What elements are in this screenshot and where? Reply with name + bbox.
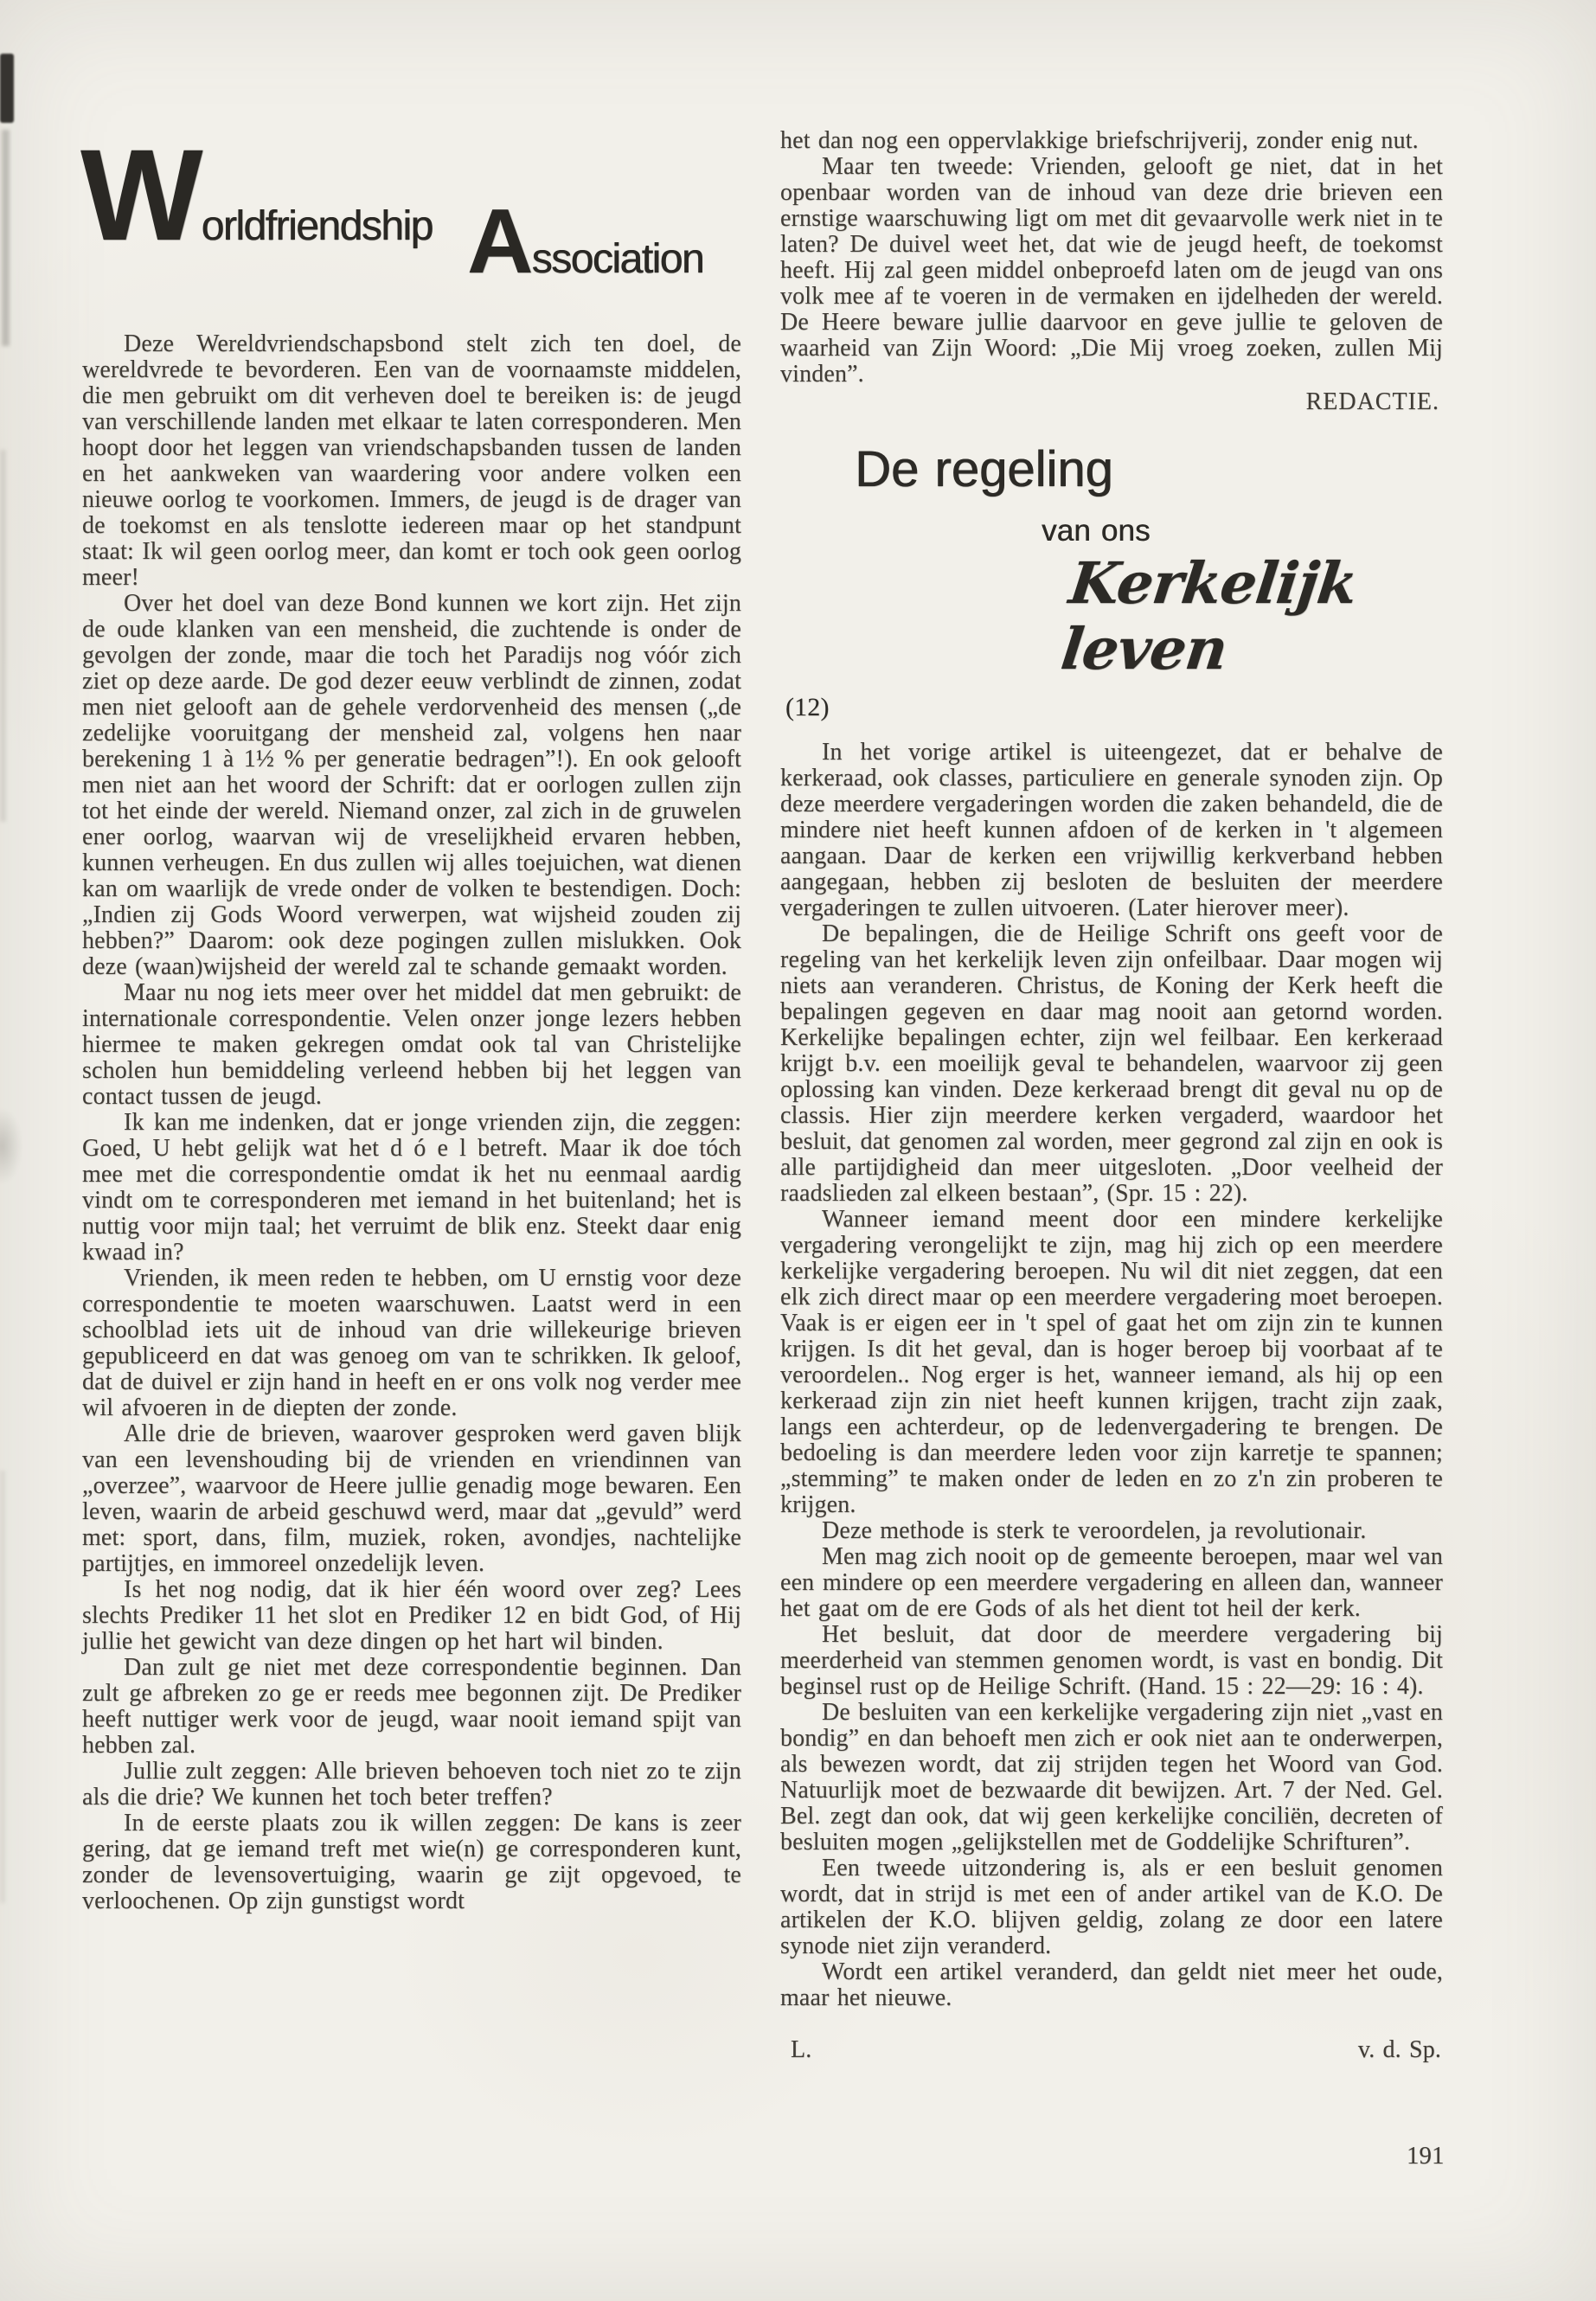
paragraph: Het besluit, dat door de meerdere vergad… bbox=[780, 1622, 1443, 1700]
paragraph: Wordt een artikel veranderd, dan geldt n… bbox=[780, 1959, 1443, 2011]
masthead-word-ssociation: ssociation bbox=[532, 236, 703, 282]
paragraph: Wanneer iemand meent door een mindere ke… bbox=[780, 1207, 1443, 1518]
scan-edge-artifact bbox=[0, 1471, 5, 1903]
signature-right: v. d. Sp. bbox=[1358, 2037, 1441, 2063]
paragraph: Men mag zich nooit op de gemeente beroep… bbox=[780, 1544, 1443, 1622]
paragraph: In het vorige artikel is uiteengezet, da… bbox=[780, 740, 1443, 921]
paragraph: Ik kan me indenken, dat er jonge vriende… bbox=[82, 1110, 741, 1266]
paragraph: In de eerste plaats zou ik willen zeggen… bbox=[82, 1811, 741, 1914]
heading-van-ons: van ons bbox=[1042, 516, 1443, 546]
page-number: 191 bbox=[1407, 2142, 1445, 2170]
article-signature-row: L. v. d. Sp. bbox=[780, 2037, 1443, 2063]
paragraph: Vrienden, ik meen reden te hebben, om U … bbox=[82, 1266, 741, 1421]
paragraph: De besluiten van een kerkelijke vergader… bbox=[780, 1700, 1443, 1856]
paragraph: Een tweede uitzondering is, als er een b… bbox=[780, 1856, 1443, 1959]
left-column: Deze Wereldvriendschapsbond stelt zich t… bbox=[82, 331, 741, 1914]
article-signature-redactie: REDACTIE. bbox=[780, 389, 1439, 415]
magazine-page: Worldfriendship Association Deze Wereldv… bbox=[0, 0, 1596, 2301]
heading-script-row: Kerkelijk leven bbox=[780, 546, 1443, 683]
heading-de-regeling: De regeling bbox=[855, 445, 1443, 495]
paragraph: Jullie zult zeggen: Alle brieven behoeve… bbox=[82, 1759, 741, 1811]
heading-kerkelijk-leven: Kerkelijk leven bbox=[1058, 551, 1452, 683]
scan-edge-artifact bbox=[0, 1107, 22, 1185]
masthead-line-worldfriendship: Worldfriendship bbox=[80, 130, 433, 260]
masthead-initial-a: A bbox=[467, 190, 532, 292]
masthead-initial-w: W bbox=[80, 122, 202, 267]
heading-issue-number: (12) bbox=[785, 695, 1443, 721]
paragraph: Maar ten tweede: Vrienden, gelooft ge ni… bbox=[780, 154, 1443, 388]
paragraph: Maar nu nog iets meer over het middel da… bbox=[82, 980, 741, 1110]
signature-left: L. bbox=[791, 2037, 811, 2063]
right-column: het dan nog een oppervlakkige briefschri… bbox=[780, 128, 1443, 2063]
scan-edge-artifact bbox=[2, 130, 10, 346]
scan-edge-artifact bbox=[0, 450, 6, 822]
paragraph: Deze Wereldvriendschapsbond stelt zich t… bbox=[82, 331, 741, 591]
paragraph: Deze methode is sterk te veroordelen, ja… bbox=[780, 1518, 1443, 1544]
paragraph-continuation: het dan nog een oppervlakkige briefschri… bbox=[780, 128, 1443, 154]
masthead-line-association: Association bbox=[467, 195, 703, 287]
paragraph: Over het doel van deze Bond kunnen we ko… bbox=[82, 591, 741, 980]
paragraph: Dan zult ge niet met deze correspondenti… bbox=[82, 1655, 741, 1759]
paragraph: Is het nog nodig, dat ik hier één woord … bbox=[82, 1577, 741, 1655]
paragraph: Alle drie de brieven, waarover gesproken… bbox=[82, 1421, 741, 1577]
paragraph: De bepalingen, die de Heilige Schrift on… bbox=[780, 921, 1443, 1207]
article-heading: De regeling van ons Kerkelijk leven (12) bbox=[780, 445, 1443, 721]
scan-edge-artifact bbox=[0, 54, 14, 123]
masthead-word-orldfriendship: orldfriendship bbox=[202, 203, 433, 249]
